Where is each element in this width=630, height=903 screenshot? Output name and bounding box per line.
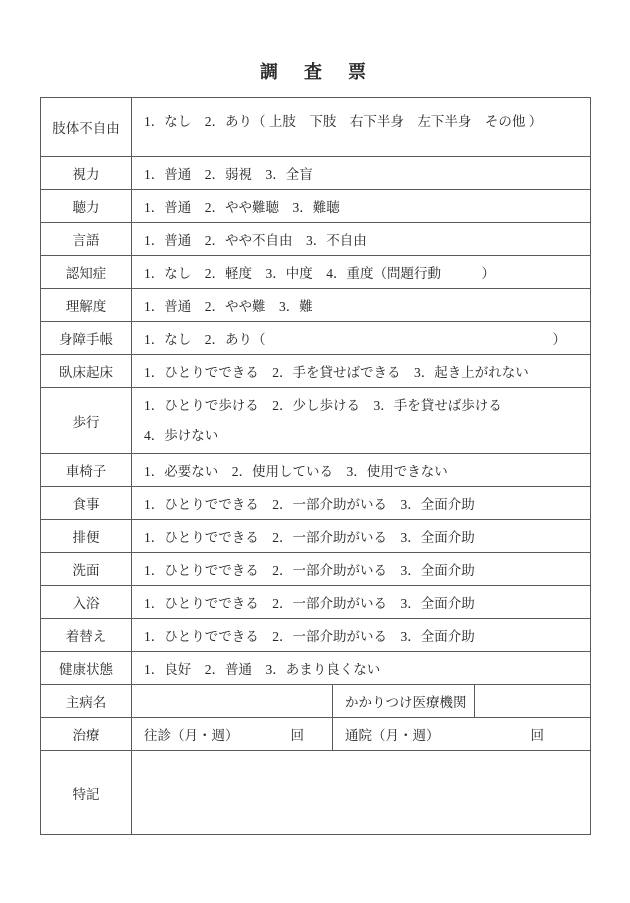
walking-options-line2: 4．歩けない	[144, 421, 590, 451]
row-options-face-washing: 1．ひとりでできる 2．一部介助がいる 3．全面介助	[132, 553, 591, 586]
row-label-speech: 言語	[41, 223, 132, 256]
row-label-vision: 視力	[41, 157, 132, 190]
special-notes-entry-cell	[132, 751, 591, 835]
row-options-physical-disability: 1．なし 2．あり（ 上肢 下肢 右下半身 左下半身 その他 ）	[132, 98, 591, 157]
row-options-hearing: 1．普通 2．やや難聴 3．難聴	[132, 190, 591, 223]
row-label-eating: 食事	[41, 487, 132, 520]
row-label-main-disease: 主病名	[41, 685, 132, 718]
row-label-special-notes: 特記	[41, 751, 132, 835]
row-wheelchair: 車椅子 1．必要ない 2．使用している 3．使用できない	[41, 454, 591, 487]
row-label-bathing: 入浴	[41, 586, 132, 619]
outpatient-label: 通院（月・週）	[345, 724, 440, 744]
row-bed-rising: 臥床起床 1．ひとりでできる 2．手を貸せばできる 3．起き上がれない	[41, 355, 591, 388]
row-label-dementia: 認知症	[41, 256, 132, 289]
outpatient-unit: 回	[531, 724, 545, 744]
row-label-face-washing: 洗面	[41, 553, 132, 586]
row-label-dressing: 着替え	[41, 619, 132, 652]
row-eating: 食事 1．ひとりでできる 2．一部介助がいる 3．全面介助	[41, 487, 591, 520]
row-comprehension: 理解度 1．普通 2．やや難 3．難	[41, 289, 591, 322]
row-main-disease: 主病名 かかりつけ医療機関	[41, 685, 591, 718]
row-label-treatment: 治療	[41, 718, 132, 751]
row-label-hearing: 聴力	[41, 190, 132, 223]
disability-certificate-close-paren: ）	[553, 328, 567, 348]
row-options-dressing: 1．ひとりでできる 2．一部介助がいる 3．全面介助	[132, 619, 591, 652]
row-label-bed-rising: 臥床起床	[41, 355, 132, 388]
row-options-bathing: 1．ひとりでできる 2．一部介助がいる 3．全面介助	[132, 586, 591, 619]
row-options-comprehension: 1．普通 2．やや難 3．難	[132, 289, 591, 322]
row-options-disability-certificate: 1．なし 2．あり（ ）	[132, 322, 591, 355]
row-label-wheelchair: 車椅子	[41, 454, 132, 487]
attending-medical-institution-label: かかりつけ医療機関	[333, 685, 475, 718]
row-label-defecation: 排便	[41, 520, 132, 553]
row-options-defecation: 1．ひとりでできる 2．一部介助がいる 3．全面介助	[132, 520, 591, 553]
row-label-physical-disability: 肢体不自由	[41, 98, 132, 157]
treatment-outpatient-cell: 通院（月・週） 回	[333, 718, 591, 751]
row-options-health-condition: 1．良好 2．普通 3．あまり良くない	[132, 652, 591, 685]
row-options-walking: 1．ひとりで歩ける 2．少し歩ける 3．手を貸せば歩ける 4．歩けない	[132, 388, 591, 454]
row-health-condition: 健康状態 1．良好 2．普通 3．あまり良くない	[41, 652, 591, 685]
treatment-home-visit-cell: 往診（月・週） 回	[132, 718, 333, 751]
row-dementia: 認知症 1．なし 2．軽度 3．中度 4．重度（問題行動 ）	[41, 256, 591, 289]
main-disease-entry-cell	[132, 685, 333, 718]
walking-options-line1: 1．ひとりで歩ける 2．少し歩ける 3．手を貸せば歩ける	[144, 391, 590, 421]
row-disability-certificate: 身障手帳 1．なし 2．あり（ ）	[41, 322, 591, 355]
page-title: 調 査 票	[0, 58, 630, 84]
row-dressing: 着替え 1．ひとりでできる 2．一部介助がいる 3．全面介助	[41, 619, 591, 652]
row-bathing: 入浴 1．ひとりでできる 2．一部介助がいる 3．全面介助	[41, 586, 591, 619]
row-treatment: 治療 往診（月・週） 回 通院（月・週） 回	[41, 718, 591, 751]
row-options-dementia: 1．なし 2．軽度 3．中度 4．重度（問題行動 ）	[132, 256, 591, 289]
row-vision: 視力 1．普通 2．弱視 3．全盲	[41, 157, 591, 190]
row-options-bed-rising: 1．ひとりでできる 2．手を貸せばできる 3．起き上がれない	[132, 355, 591, 388]
row-physical-disability: 肢体不自由 1．なし 2．あり（ 上肢 下肢 右下半身 左下半身 その他 ）	[41, 98, 591, 157]
attending-medical-institution-entry-cell	[475, 685, 591, 718]
survey-form-page: 調 査 票 肢体不自由 1．なし 2．あり（ 上肢 下肢 右下半身 左下半身 そ…	[0, 0, 630, 903]
row-label-comprehension: 理解度	[41, 289, 132, 322]
home-visit-label: 往診（月・週）	[144, 724, 239, 744]
row-hearing: 聴力 1．普通 2．やや難聴 3．難聴	[41, 190, 591, 223]
row-options-wheelchair: 1．必要ない 2．使用している 3．使用できない	[132, 454, 591, 487]
row-label-disability-certificate: 身障手帳	[41, 322, 132, 355]
row-face-washing: 洗面 1．ひとりでできる 2．一部介助がいる 3．全面介助	[41, 553, 591, 586]
row-options-speech: 1．普通 2．やや不自由 3．不自由	[132, 223, 591, 256]
row-label-walking: 歩行	[41, 388, 132, 454]
row-options-eating: 1．ひとりでできる 2．一部介助がいる 3．全面介助	[132, 487, 591, 520]
row-walking: 歩行 1．ひとりで歩ける 2．少し歩ける 3．手を貸せば歩ける 4．歩けない	[41, 388, 591, 454]
row-defecation: 排便 1．ひとりでできる 2．一部介助がいる 3．全面介助	[41, 520, 591, 553]
row-special-notes: 特記	[41, 751, 591, 835]
row-options-vision: 1．普通 2．弱視 3．全盲	[132, 157, 591, 190]
home-visit-unit: 回	[291, 724, 305, 744]
row-speech: 言語 1．普通 2．やや不自由 3．不自由	[41, 223, 591, 256]
disability-certificate-options: 1．なし 2．あり（	[144, 328, 266, 348]
row-label-health-condition: 健康状態	[41, 652, 132, 685]
survey-table: 肢体不自由 1．なし 2．あり（ 上肢 下肢 右下半身 左下半身 その他 ） 視…	[40, 97, 591, 835]
